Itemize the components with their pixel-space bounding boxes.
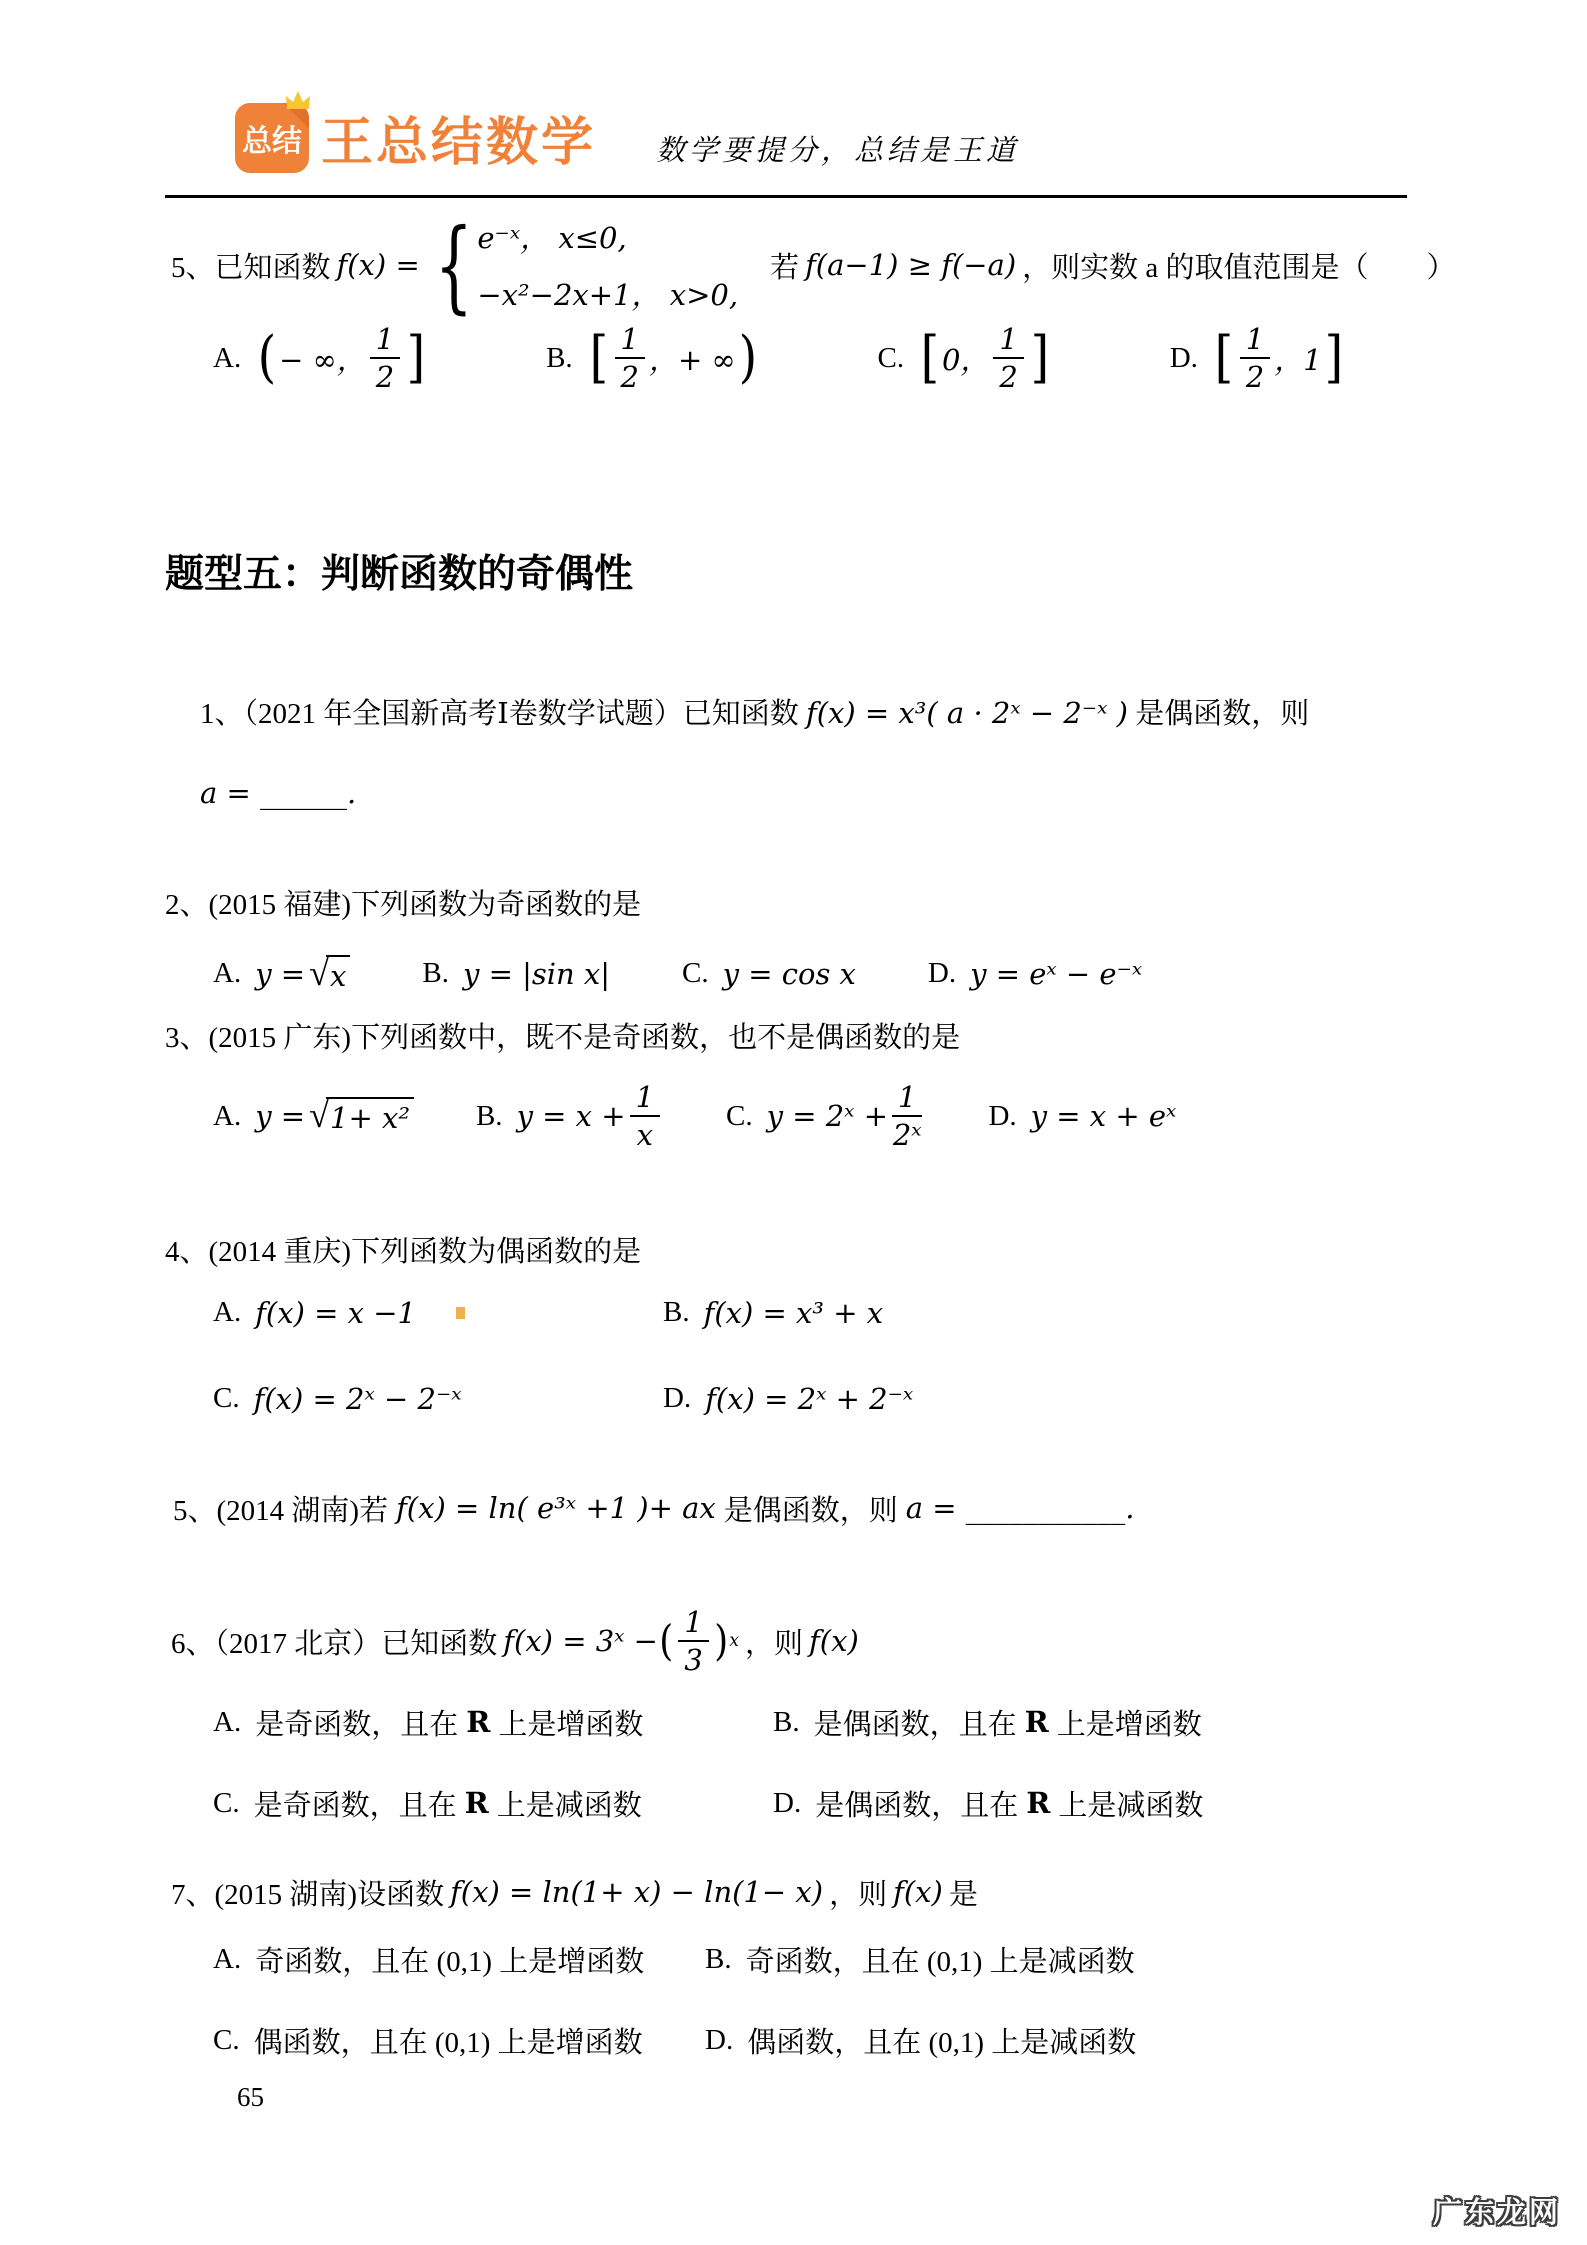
logo-badge-text: 总结 [242, 116, 302, 160]
option-label: C. [213, 1382, 240, 1415]
fraction: 12 [1240, 324, 1270, 393]
option-a: A. y = √x [213, 955, 350, 993]
question-2-stem: 2、(2015 福建)下列函数为奇函数的是 [165, 882, 1437, 923]
fraction: 12ˣ [892, 1082, 922, 1151]
real-number-symbol: R [1025, 1705, 1049, 1739]
fraction: 12 [615, 324, 645, 393]
section-title: 题型五：判断函数的奇偶性 [165, 543, 1437, 599]
option-label: D. [705, 2024, 733, 2057]
header-slogan: 数学要提分，总结是王道 [656, 128, 1019, 175]
option-d: D. 偶函数，且在 (0,1) 上是减函数 [705, 2020, 1136, 2061]
option-d: D. y = x + eˣ [988, 1099, 1176, 1133]
close-delimiter: ) [714, 1622, 728, 1660]
question-4-options: A. f(x) = x −1 B. f(x) = x³ + x C. f(x) … [213, 1296, 1437, 1416]
open-delimiter: [ [589, 333, 608, 383]
header-divider [165, 195, 1407, 198]
question-5b-stem: 5、(2014 湖南)若 f(x) = ln( e³ˣ +1 )+ ax 是偶函… [165, 1488, 1437, 1529]
option-label: D. [988, 1100, 1016, 1133]
option-c: C. f(x) = 2ˣ − 2⁻ˣ [213, 1382, 663, 1416]
option-label: C. [726, 1100, 753, 1133]
math-expression: f(x) = ln( e³ˣ +1 )+ ax [396, 1491, 716, 1525]
question-4-stem: 4、(2014 重庆)下列函数为偶函数的是 [165, 1229, 1437, 1270]
document-page: 总结 王总结数学 数学要提分，总结是王道 5、已知函数 f(x) = { e⁻ˣ… [0, 0, 1587, 2061]
question-text: 5、(2014 湖南)若 [173, 1488, 388, 1529]
sqrt-radical: √x [309, 955, 350, 993]
option-label: A. [213, 1100, 241, 1133]
option-a: A. ( − ∞， 12 ] [213, 324, 428, 393]
option-label: D. [928, 957, 956, 990]
orange-dot-icon [456, 1307, 465, 1319]
option-b: B. y = |sin x| [422, 957, 610, 991]
crown-icon [283, 89, 313, 111]
question-6-options: A. 是奇函数，且在 R 上是增函数 B. 是偶函数，且在 R 上是增函数 C.… [213, 1702, 1437, 1824]
option-label: A. [213, 1706, 241, 1739]
close-delimiter: ] [1031, 333, 1050, 383]
option-label: A. [213, 957, 241, 990]
option-label: D. [773, 1787, 801, 1820]
option-label: D. [1170, 342, 1198, 375]
option-label: C. [878, 342, 905, 375]
option-a: A. y = √1+ x² [213, 1097, 414, 1135]
question-3-stem: 3、(2015 广东)下列函数中，既不是奇函数，也不是偶函数的是 [165, 1015, 1437, 1056]
option-b: B. 是偶函数，且在 R 上是增函数 [773, 1702, 1203, 1743]
open-delimiter: [ [921, 333, 940, 383]
open-delimiter: [ [1215, 333, 1234, 383]
question-1-answer-blank: a = ______. [200, 776, 1437, 810]
interval-left: 0， [942, 338, 989, 379]
close-delimiter: ] [1324, 333, 1343, 383]
interval-right: ，+ ∞ [649, 338, 736, 379]
fraction: 12 [993, 324, 1023, 393]
option-label: B. [663, 1296, 690, 1329]
option-label: B. [422, 957, 449, 990]
question-text: 是偶函数，则 [1135, 698, 1309, 730]
real-number-symbol: R [465, 1786, 489, 1820]
question-2-options: A. y = √x B. y = |sin x| C. y = cos x D.… [213, 955, 1437, 993]
math-expression: f(x) [893, 1875, 943, 1909]
option-b: B. 奇函数，且在 (0,1) 上是减函数 [705, 1939, 1136, 1980]
brand-name: 王总结数学 [321, 100, 596, 175]
option-a: A. f(x) = x −1 [213, 1296, 663, 1330]
close-delimiter: ] [407, 333, 426, 383]
exponent: x [729, 1631, 739, 1651]
option-label: A. [213, 1943, 241, 1976]
real-number-symbol: R [466, 1705, 490, 1739]
question-text: 5、已知函数 [171, 245, 331, 286]
close-delimiter: ) [738, 333, 757, 383]
option-label: B. [476, 1100, 503, 1133]
header: 总结 王总结数学 数学要提分，总结是王道 [235, 100, 1437, 175]
piecewise-cases: e⁻ˣ， x≤0, −x²−2x+1， x>0, [477, 216, 738, 314]
answer-blank: a = ___________. [906, 1491, 1135, 1525]
piecewise-case-2: −x²−2x+1， x>0, [477, 273, 738, 314]
option-label: C. [682, 957, 709, 990]
piecewise-case-1: e⁻ˣ， x≤0, [477, 216, 738, 257]
fraction: 12 [370, 324, 400, 393]
question-text: 6、（2017 北京）已知函数 [171, 1621, 497, 1662]
option-d: D. 是偶函数，且在 R 上是减函数 [773, 1783, 1203, 1824]
option-d: D. [ 12 ，1 ] [1170, 324, 1346, 393]
option-label: A. [213, 342, 241, 375]
question-5-options: A. ( − ∞， 12 ] B. [ 12 ，+ ∞ ) C. [ 0， 12… [213, 324, 1437, 393]
piecewise-brace: { [434, 223, 472, 308]
question-text: ，则实数 a 的取值范围是（ ） [1022, 245, 1455, 286]
page-number: 65 [237, 2082, 264, 2113]
fraction: 13 [678, 1607, 708, 1676]
math-expression: f(x) = 3ˣ − [503, 1624, 658, 1658]
option-label: A. [213, 1296, 241, 1329]
question-text: ，则 [829, 1872, 887, 1913]
option-c: C. 是奇函数，且在 R 上是减函数 [213, 1783, 773, 1824]
option-label: C. [213, 2024, 240, 2057]
question-text: 7、(2015 湖南)设函数 [171, 1872, 444, 1913]
option-c: C. y = cos x [682, 957, 856, 991]
math-expression: f(x) = x³( a · 2ˣ − 2⁻ˣ ) [806, 696, 1128, 730]
option-label: B. [705, 1943, 732, 1976]
option-a: A. 奇函数，且在 (0,1) 上是增函数 [213, 1939, 705, 1980]
open-delimiter: ( [659, 1622, 673, 1660]
option-d: D. f(x) = 2ˣ + 2⁻ˣ [663, 1382, 913, 1416]
question-3-options: A. y = √1+ x² B. y = x + 1x C. y = 2ˣ + … [213, 1082, 1437, 1151]
question-7-stem: 7、(2015 湖南)设函数 f(x) = ln(1+ x) − ln(1− x… [165, 1872, 1437, 1913]
math-expression: f(x) = [337, 248, 420, 282]
brand-logo: 总结 王总结数学 [235, 100, 596, 175]
math-expression: f(x) [809, 1624, 859, 1658]
option-d: D. y = eˣ − e⁻ˣ [928, 957, 1142, 991]
question-text: 1、（2021 年全国新高考Ⅰ卷数学试题）已知函数 [200, 698, 799, 730]
question-text: 若 [770, 245, 799, 286]
watermark: 广东龙网 [1433, 2190, 1561, 2231]
question-6-stem: 6、（2017 北京）已知函数 f(x) = 3ˣ − ( 13 )x ，则 f… [165, 1607, 1437, 1676]
question-5-stem: 5、已知函数 f(x) = { e⁻ˣ， x≤0, −x²−2x+1， x>0,… [165, 216, 1437, 314]
real-number-symbol: R [1026, 1786, 1050, 1820]
sqrt-radical: √1+ x² [309, 1097, 414, 1135]
interval-left: − ∞， [279, 338, 366, 379]
math-expression: f(x) = ln(1+ x) − ln(1− x) [450, 1875, 823, 1909]
question-1-stem: 1、（2021 年全国新高考Ⅰ卷数学试题）已知函数 f(x) = x³( a ·… [200, 691, 1437, 732]
fraction: 1x [630, 1082, 660, 1151]
question-text: ，则 [745, 1621, 803, 1662]
open-delimiter: ( [258, 333, 277, 383]
option-c: C. [ 0， 12 ] [878, 324, 1052, 393]
option-b: B. f(x) = x³ + x [663, 1296, 913, 1330]
interval-right: ，1 [1274, 338, 1321, 379]
question-7-options: A. 奇函数，且在 (0,1) 上是增函数 B. 奇函数，且在 (0,1) 上是… [213, 1939, 1437, 2061]
option-label: D. [663, 1382, 691, 1415]
option-label: C. [213, 1787, 240, 1820]
option-b: B. [ 12 ，+ ∞ ) [546, 324, 759, 393]
question-text: 是 [949, 1872, 978, 1913]
logo-badge: 总结 [235, 103, 309, 173]
option-label: B. [546, 342, 573, 375]
option-a: A. 是奇函数，且在 R 上是增函数 [213, 1702, 773, 1743]
option-b: B. y = x + 1x [476, 1082, 664, 1151]
option-label: B. [773, 1706, 800, 1739]
math-expression: f(a−1) ≥ f(−a) [805, 248, 1016, 282]
option-c: C. y = 2ˣ + 12ˣ [726, 1082, 926, 1151]
option-c: C. 偶函数，且在 (0,1) 上是增函数 [213, 2020, 705, 2061]
question-text: 是偶函数，则 [724, 1488, 898, 1529]
